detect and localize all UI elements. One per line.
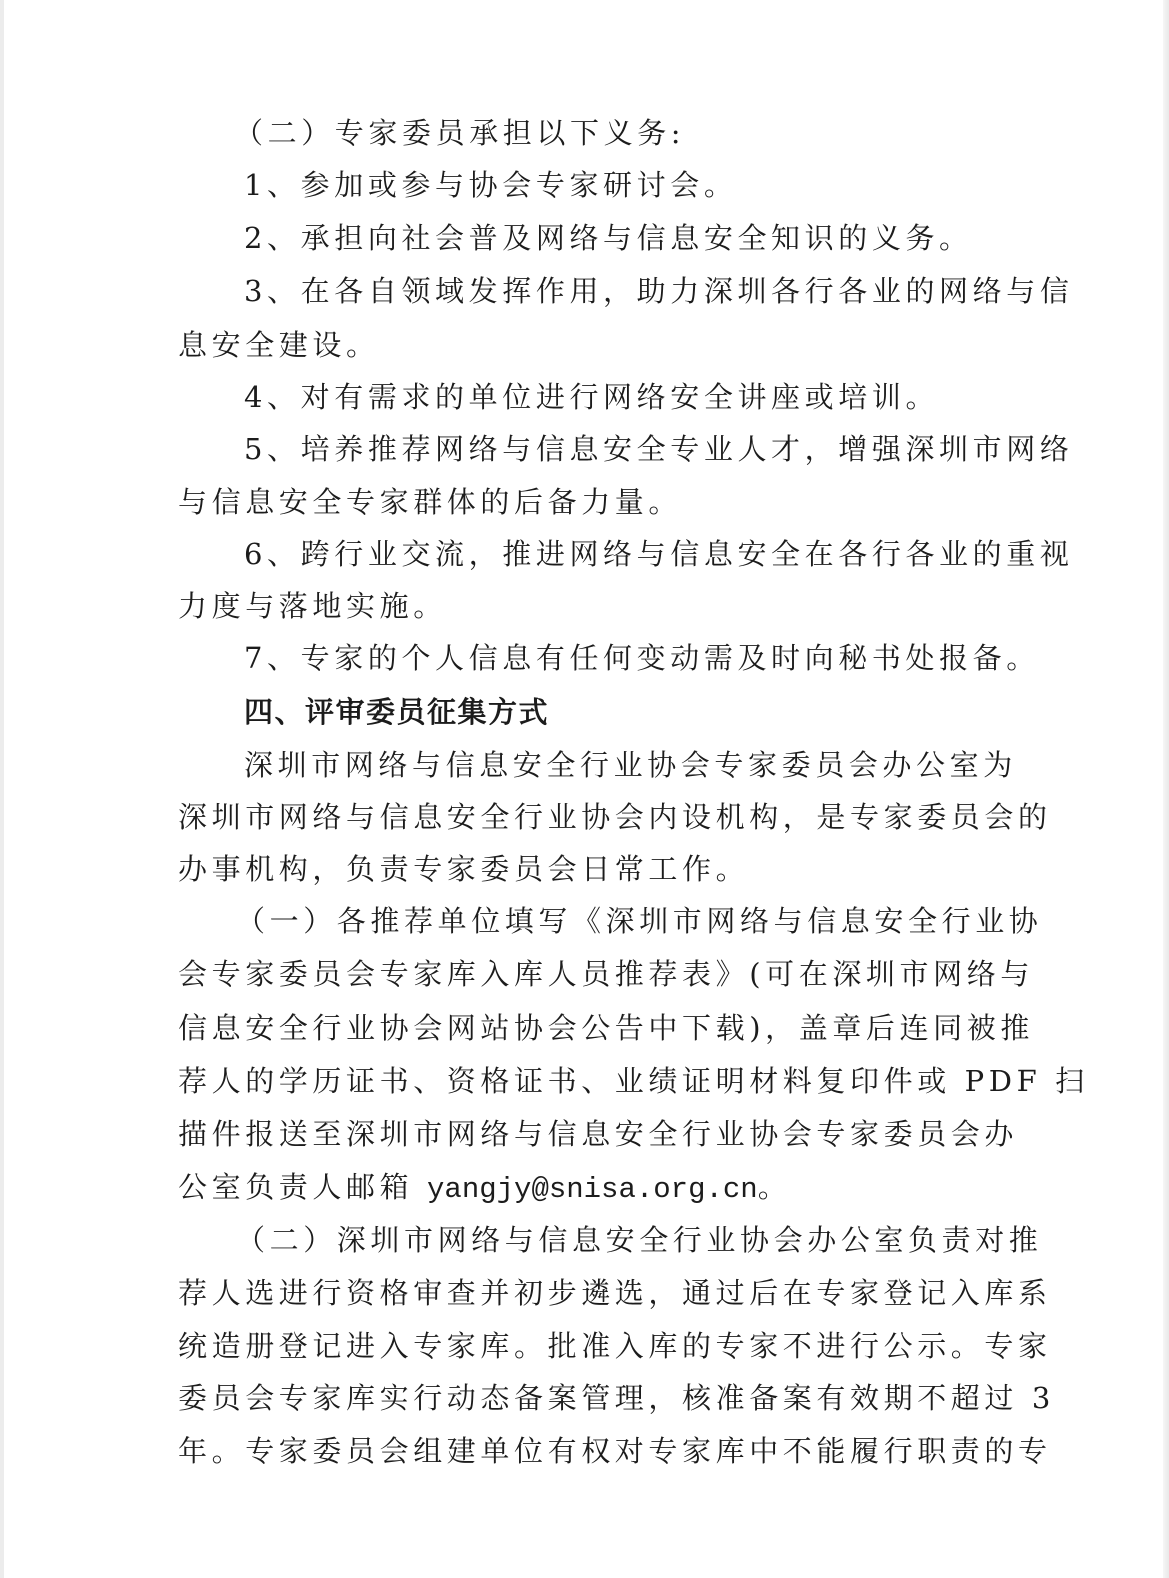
- intro-line-2: 深圳市网络与信息安全行业协会内设机构，是专家委员会的: [178, 791, 990, 843]
- sub-one-line-6: 公室负责人邮箱 yangjy@snisa.org.cn。: [178, 1161, 990, 1213]
- sub-one-line-1: （一）各推荐单位填写《深圳市网络与信息安全行业协: [236, 895, 990, 947]
- duty-item-5-line-2: 与信息安全专家群体的后备力量。: [178, 476, 990, 528]
- duty-item-6-line-1: 6、跨行业交流，推进网络与信息安全在各行各业的重视: [244, 528, 990, 580]
- sub-two-line-2: 荐人选进行资格审查并初步遴选，通过后在专家登记入库系: [178, 1267, 990, 1319]
- sub-one-line-2: 会专家委员会专家库入库人员推荐表》(可在深圳市网络与: [178, 948, 990, 1000]
- sub-two-line-1: （二）深圳市网络与信息安全行业协会办公室负责对推: [236, 1214, 990, 1266]
- email-suffix: 。: [758, 1170, 792, 1204]
- duty-item-3-line-2: 息安全建设。: [178, 319, 990, 371]
- sub-one-line-3: 信息安全行业协会网站协会公告中下载)，盖章后连同被推: [178, 1002, 990, 1054]
- duty-item-1: 1、参加或参与协会专家研讨会。: [244, 159, 990, 211]
- duty-item-5-line-1: 5、培养推荐网络与信息安全专业人才，增强深圳市网络: [244, 423, 990, 475]
- email-link[interactable]: yangjy@snisa.org.cn: [427, 1173, 758, 1206]
- sub-two-line-5: 年。专家委员会组建单位有权对专家库中不能履行职责的专: [178, 1425, 990, 1477]
- sub-two-line-3: 统造册登记进入专家库。批准入库的专家不进行公示。专家: [178, 1320, 990, 1372]
- duty-item-4: 4、对有需求的单位进行网络安全讲座或培训。: [244, 371, 990, 423]
- sub-one-line-4: 荐人的学历证书、资格证书、业绩证明材料复印件或 PDF 扫: [178, 1055, 990, 1107]
- duty-item-2: 2、承担向社会普及网络与信息安全知识的义务。: [244, 212, 990, 264]
- duty-item-6-line-2: 力度与落地实施。: [178, 580, 990, 632]
- section-four-heading: 四、评审委员征集方式: [244, 686, 990, 738]
- sub-one-line-5: 描件报送至深圳市网络与信息安全行业协会专家委员会办: [178, 1108, 990, 1160]
- sub-two-line-4: 委员会专家库实行动态备案管理，核准备案有效期不超过 3: [178, 1372, 990, 1424]
- page-edge-right: [1163, 0, 1169, 1578]
- page-edge-left: [0, 0, 4, 1578]
- intro-line-1: 深圳市网络与信息安全行业协会专家委员会办公室为: [244, 739, 990, 791]
- duty-item-7: 7、专家的个人信息有任何变动需及时向秘书处报备。: [244, 632, 990, 684]
- email-label: 公室负责人邮箱: [178, 1170, 427, 1204]
- duty-item-3-line-1: 3、在各自领域发挥作用，助力深圳各行各业的网络与信: [244, 265, 990, 317]
- intro-line-3: 办事机构，负责专家委员会日常工作。: [178, 843, 990, 895]
- duties-title: （二）专家委员承担以下义务:: [234, 107, 980, 159]
